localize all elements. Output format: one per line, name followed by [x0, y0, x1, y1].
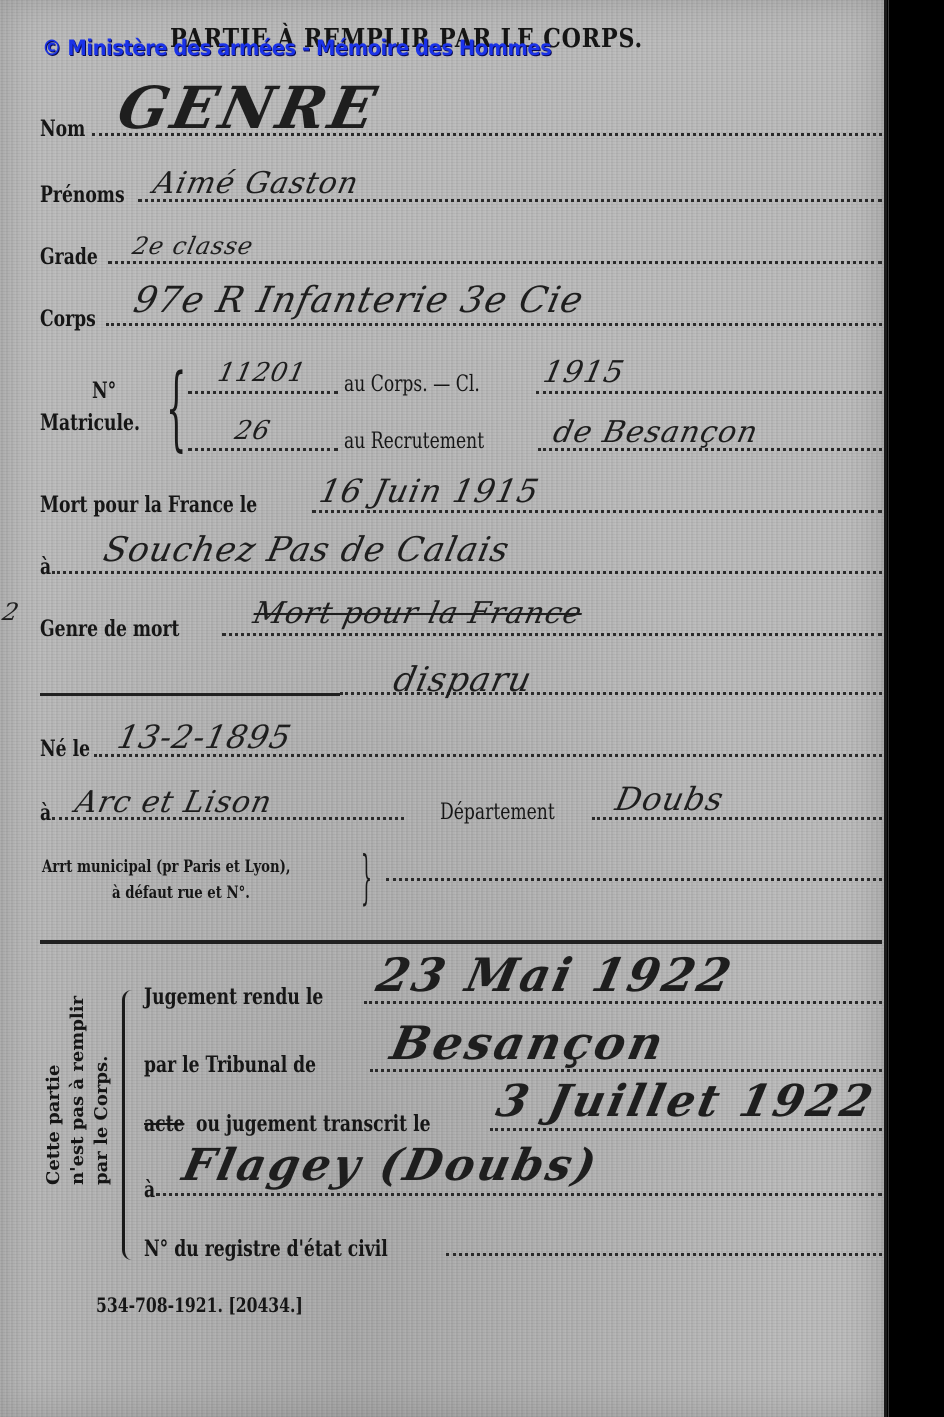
grade-value: 2e classe	[130, 232, 256, 260]
transcrit-value: 3 Juillet 1922	[492, 1076, 880, 1127]
arrondissement-line	[386, 878, 882, 881]
corps-number-line	[188, 391, 338, 394]
lieu-mort-label: à	[40, 554, 51, 580]
paper-edge	[888, 0, 889, 1417]
lieu-naissance-value: Arc et Lison	[72, 785, 275, 820]
corps-label: Corps	[40, 306, 96, 332]
jugement-rendu-label: Jugement rendu le	[144, 984, 323, 1010]
lieu-naissance-label: à	[40, 800, 51, 826]
au-recrutement-label: au Recrutement	[344, 429, 484, 454]
arrondissement-brace: {	[361, 848, 372, 906]
tribunal-value: Besançon	[386, 1016, 671, 1070]
matricule-brace: {	[166, 362, 186, 454]
registre-line	[446, 1253, 882, 1256]
prenoms-value: Aimé Gaston	[150, 166, 362, 201]
jugement-bracket	[122, 990, 135, 1260]
transcription-lieu-line	[156, 1193, 882, 1196]
tribunal-label: par le Tribunal de	[144, 1052, 316, 1078]
side-note-line-1: Cette partie	[42, 996, 66, 1185]
classe-line	[536, 391, 882, 394]
copyright-watermark: © Ministère des armées - Mémoire des Hom…	[42, 36, 551, 60]
section-separator	[40, 940, 882, 944]
death-record-card: PARTIE À REMPLIR PAR LE CORPS. Nom GENRE…	[0, 0, 887, 1417]
mort-line	[312, 510, 882, 513]
arrondissement-label-2: à défaut rue et N°.	[112, 883, 250, 903]
lieu-mort-line	[52, 571, 882, 574]
naissance-label: Né le	[40, 736, 90, 762]
prenoms-label: Prénoms	[40, 182, 125, 208]
acte-struck-label: acte	[144, 1111, 184, 1137]
form-print-code: 534-708-1921. [20434.]	[96, 1293, 303, 1317]
transcrit-line	[490, 1128, 882, 1131]
side-note-line-3: par le Corps.	[90, 996, 114, 1185]
au-corps-label: au Corps. — Cl.	[344, 372, 480, 397]
lieu-mort-value: Souchez Pas de Calais	[100, 530, 513, 570]
grade-label: Grade	[40, 244, 98, 270]
mort-label: Mort pour la France le	[40, 492, 257, 518]
naissance-value: 13-2-1895	[114, 718, 295, 756]
matricule-recrutement-value: de Besançon	[550, 415, 762, 450]
grade-line	[108, 261, 882, 264]
recrutement-number-line	[188, 448, 338, 451]
mort-value: 16 Juin 1915	[316, 472, 543, 510]
genre-mort-value: disparu	[390, 660, 536, 700]
departement-value: Doubs	[612, 780, 728, 818]
arrondissement-label-1: Arrt municipal (pr Paris et Lyon),	[42, 857, 291, 877]
side-note-line-2: n'est pas à remplir	[66, 996, 90, 1185]
departement-label: Département	[440, 800, 555, 825]
corps-line	[106, 323, 882, 326]
transcription-lieu-value: Flagey (Doubs)	[178, 1140, 604, 1191]
matricule-corps-number: 11201	[215, 358, 309, 388]
matricule-classe: 1915	[540, 355, 628, 390]
registre-label: N° du registre d'état civil	[144, 1236, 388, 1262]
matricule-label-top: N°	[92, 378, 116, 404]
genre-mort-label: Genre de mort	[40, 616, 179, 642]
jugement-rendu-value: 23 Mai 1922	[372, 948, 739, 1002]
matricule-label-bottom: Matricule.	[40, 410, 140, 436]
corps-value: 97e R Infanterie 3e Cie	[130, 280, 587, 321]
genre-mort-line	[222, 633, 882, 636]
transcription-lieu-label: à	[144, 1177, 155, 1203]
side-note: Cette partie n'est pas à remplir par le …	[42, 996, 114, 1185]
genre-mort-struck-value: Mort pour la France	[250, 596, 586, 631]
genre-mort-solid-line	[40, 693, 340, 696]
nom-label: Nom	[40, 116, 85, 142]
genre-mort-margin-mark: 2	[0, 598, 22, 626]
nom-value: GENRE	[112, 74, 386, 142]
transcrit-label: ou jugement transcrit le	[196, 1111, 431, 1137]
matricule-recrutement-number: 26	[232, 416, 273, 446]
